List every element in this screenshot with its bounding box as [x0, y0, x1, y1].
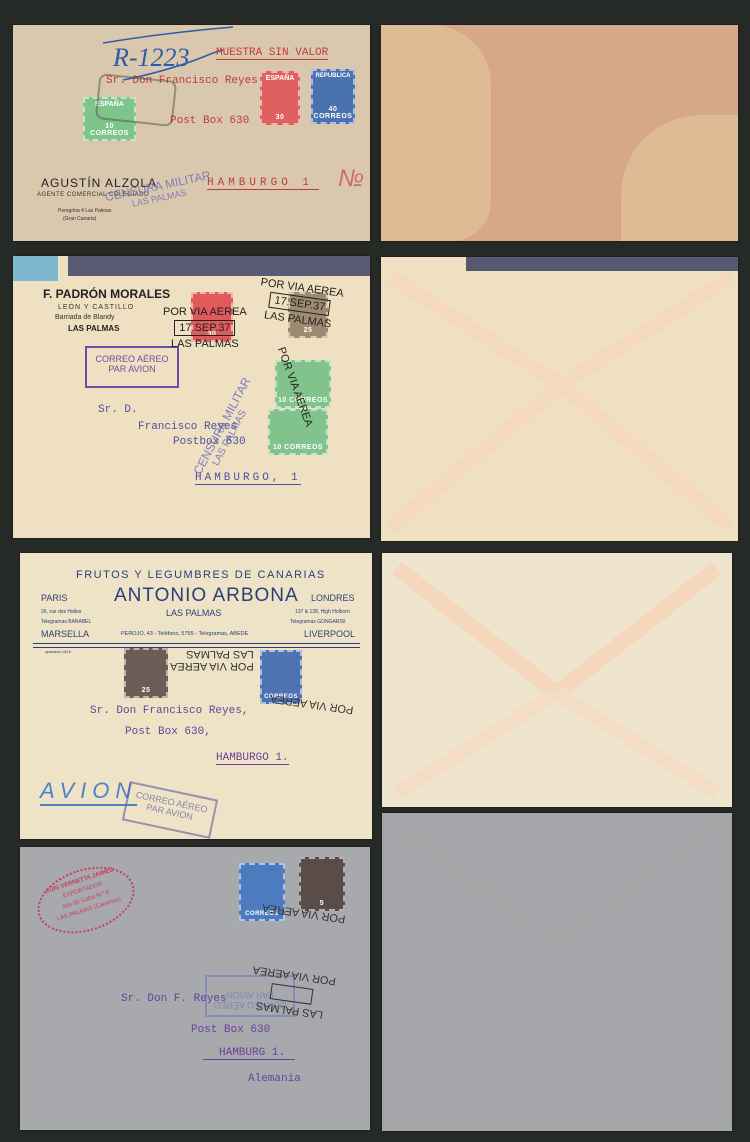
center-city: LAS PALMAS	[166, 608, 221, 618]
airmail-box: CORREO AÉREO PAR AVION	[85, 346, 179, 388]
left-addr: 26, rue des Halles	[41, 609, 81, 615]
sender-name: F. PADRÓN MORALES	[43, 287, 170, 301]
right-city: LONDRES	[311, 593, 355, 603]
envelope-2-front: F. PADRÓN MORALES LEÓN Y CASTILLO Barria…	[13, 256, 370, 538]
right-addr: 137 & 138, High Holborn	[295, 609, 350, 615]
center-addr: PEROJO, 43 - Teléfono, 5755 - Telegramas…	[121, 631, 248, 637]
addressee-1: Sr. Don Francisco Reyes,	[90, 705, 248, 717]
flap-seams	[382, 553, 732, 807]
stamp-red: ESPAÑA 30	[260, 71, 300, 125]
sender-region: (Gran Canaria)	[63, 216, 96, 222]
stamp-brown: 5	[299, 857, 345, 911]
envelope-3-front: FRUTOS Y LEGUMBRES DE CANARIAS ANTONIO A…	[20, 553, 372, 839]
oval-cachet: LUIS VERNETTA JAIMEZ EXPORTADOR Isla de …	[29, 855, 143, 945]
envelope-1-back	[381, 25, 738, 241]
red-scribble: №	[338, 165, 364, 193]
addressee-2: Post Box 630,	[125, 726, 211, 738]
cancel-box	[95, 73, 177, 127]
left-city2: MARSELLA	[41, 629, 89, 639]
sender-line2: Barriada de Blandy	[55, 314, 115, 321]
postmark-1: POR VIA AEREA 17.SEP.37 LAS PALMAS	[163, 306, 247, 350]
letterhead-code: apartado 1818	[45, 649, 71, 654]
addressee-city: HAMBURGO 1.	[216, 752, 289, 765]
right-tel: Telegramas GONGARISI	[290, 619, 346, 625]
sender-line1: LEÓN Y CASTILLO	[58, 304, 134, 311]
blue-lining	[13, 256, 58, 281]
city: HAMBURGO 1	[207, 177, 319, 190]
address-line: Post Box 630	[170, 115, 249, 127]
letterhead-tagline: FRUTOS Y LEGUMBRES DE CANARIAS	[76, 569, 326, 581]
envelope-4-front: LUIS VERNETTA JAIMEZ EXPORTADOR Isla de …	[20, 847, 370, 1130]
envelope-1-front: R-1223 MUESTRA SIN VALOR Sr. Don Francis…	[13, 25, 370, 241]
postmark-2: POR VIA AEREA 17.SEP.37 LAS PALMAS	[255, 276, 344, 331]
left-tel: Telegramas BANABEL	[41, 619, 91, 625]
addressee-2: Francisco Reyes	[138, 421, 237, 433]
postmark-2: POR VIA AEREA	[270, 692, 355, 716]
addressee-1: Sr. Don F. Reyes	[121, 993, 227, 1005]
sender-street: Peregrina 4 Las Palmas	[58, 208, 111, 214]
stamp-green-bottom: 10 CORREOS	[268, 409, 328, 455]
left-city: PARIS	[41, 593, 67, 603]
flap-seams	[381, 257, 738, 541]
torn-flap	[68, 256, 370, 276]
addressee-1: Sr. D.	[98, 404, 138, 416]
addressee-3: Postbox 630	[173, 436, 246, 448]
handwritten-avion: AVION	[40, 778, 137, 806]
letterhead-company: ANTONIO ARBONA	[114, 585, 299, 607]
addressee-city: HAMBURGO, 1	[195, 472, 301, 485]
registration-note: R-1223	[113, 43, 190, 73]
envelope-3-back	[382, 553, 732, 807]
sender-line3: LAS PALMAS	[68, 324, 119, 333]
addressee-country: Alemania	[248, 1073, 301, 1085]
postmark-1: POR VIA AEREA LAS PALMAS	[170, 648, 254, 672]
airmail-box: CORREO AÉREO PAR AVION	[122, 781, 218, 839]
right-city2: LIVERPOOL	[304, 629, 355, 639]
stamp-brown: 25	[124, 648, 168, 698]
sample-marking: MUESTRA SIN VALOR	[216, 47, 328, 60]
envelope-4-back	[382, 813, 732, 1131]
stamp-blue: REPUBLICA 40 CORREOS	[311, 69, 355, 124]
envelope-2-back	[381, 257, 738, 541]
flap-seams	[382, 813, 732, 1131]
addressee-city: HAMBURG 1.	[203, 1047, 295, 1060]
addressee-2: Post Box 630	[191, 1024, 270, 1036]
